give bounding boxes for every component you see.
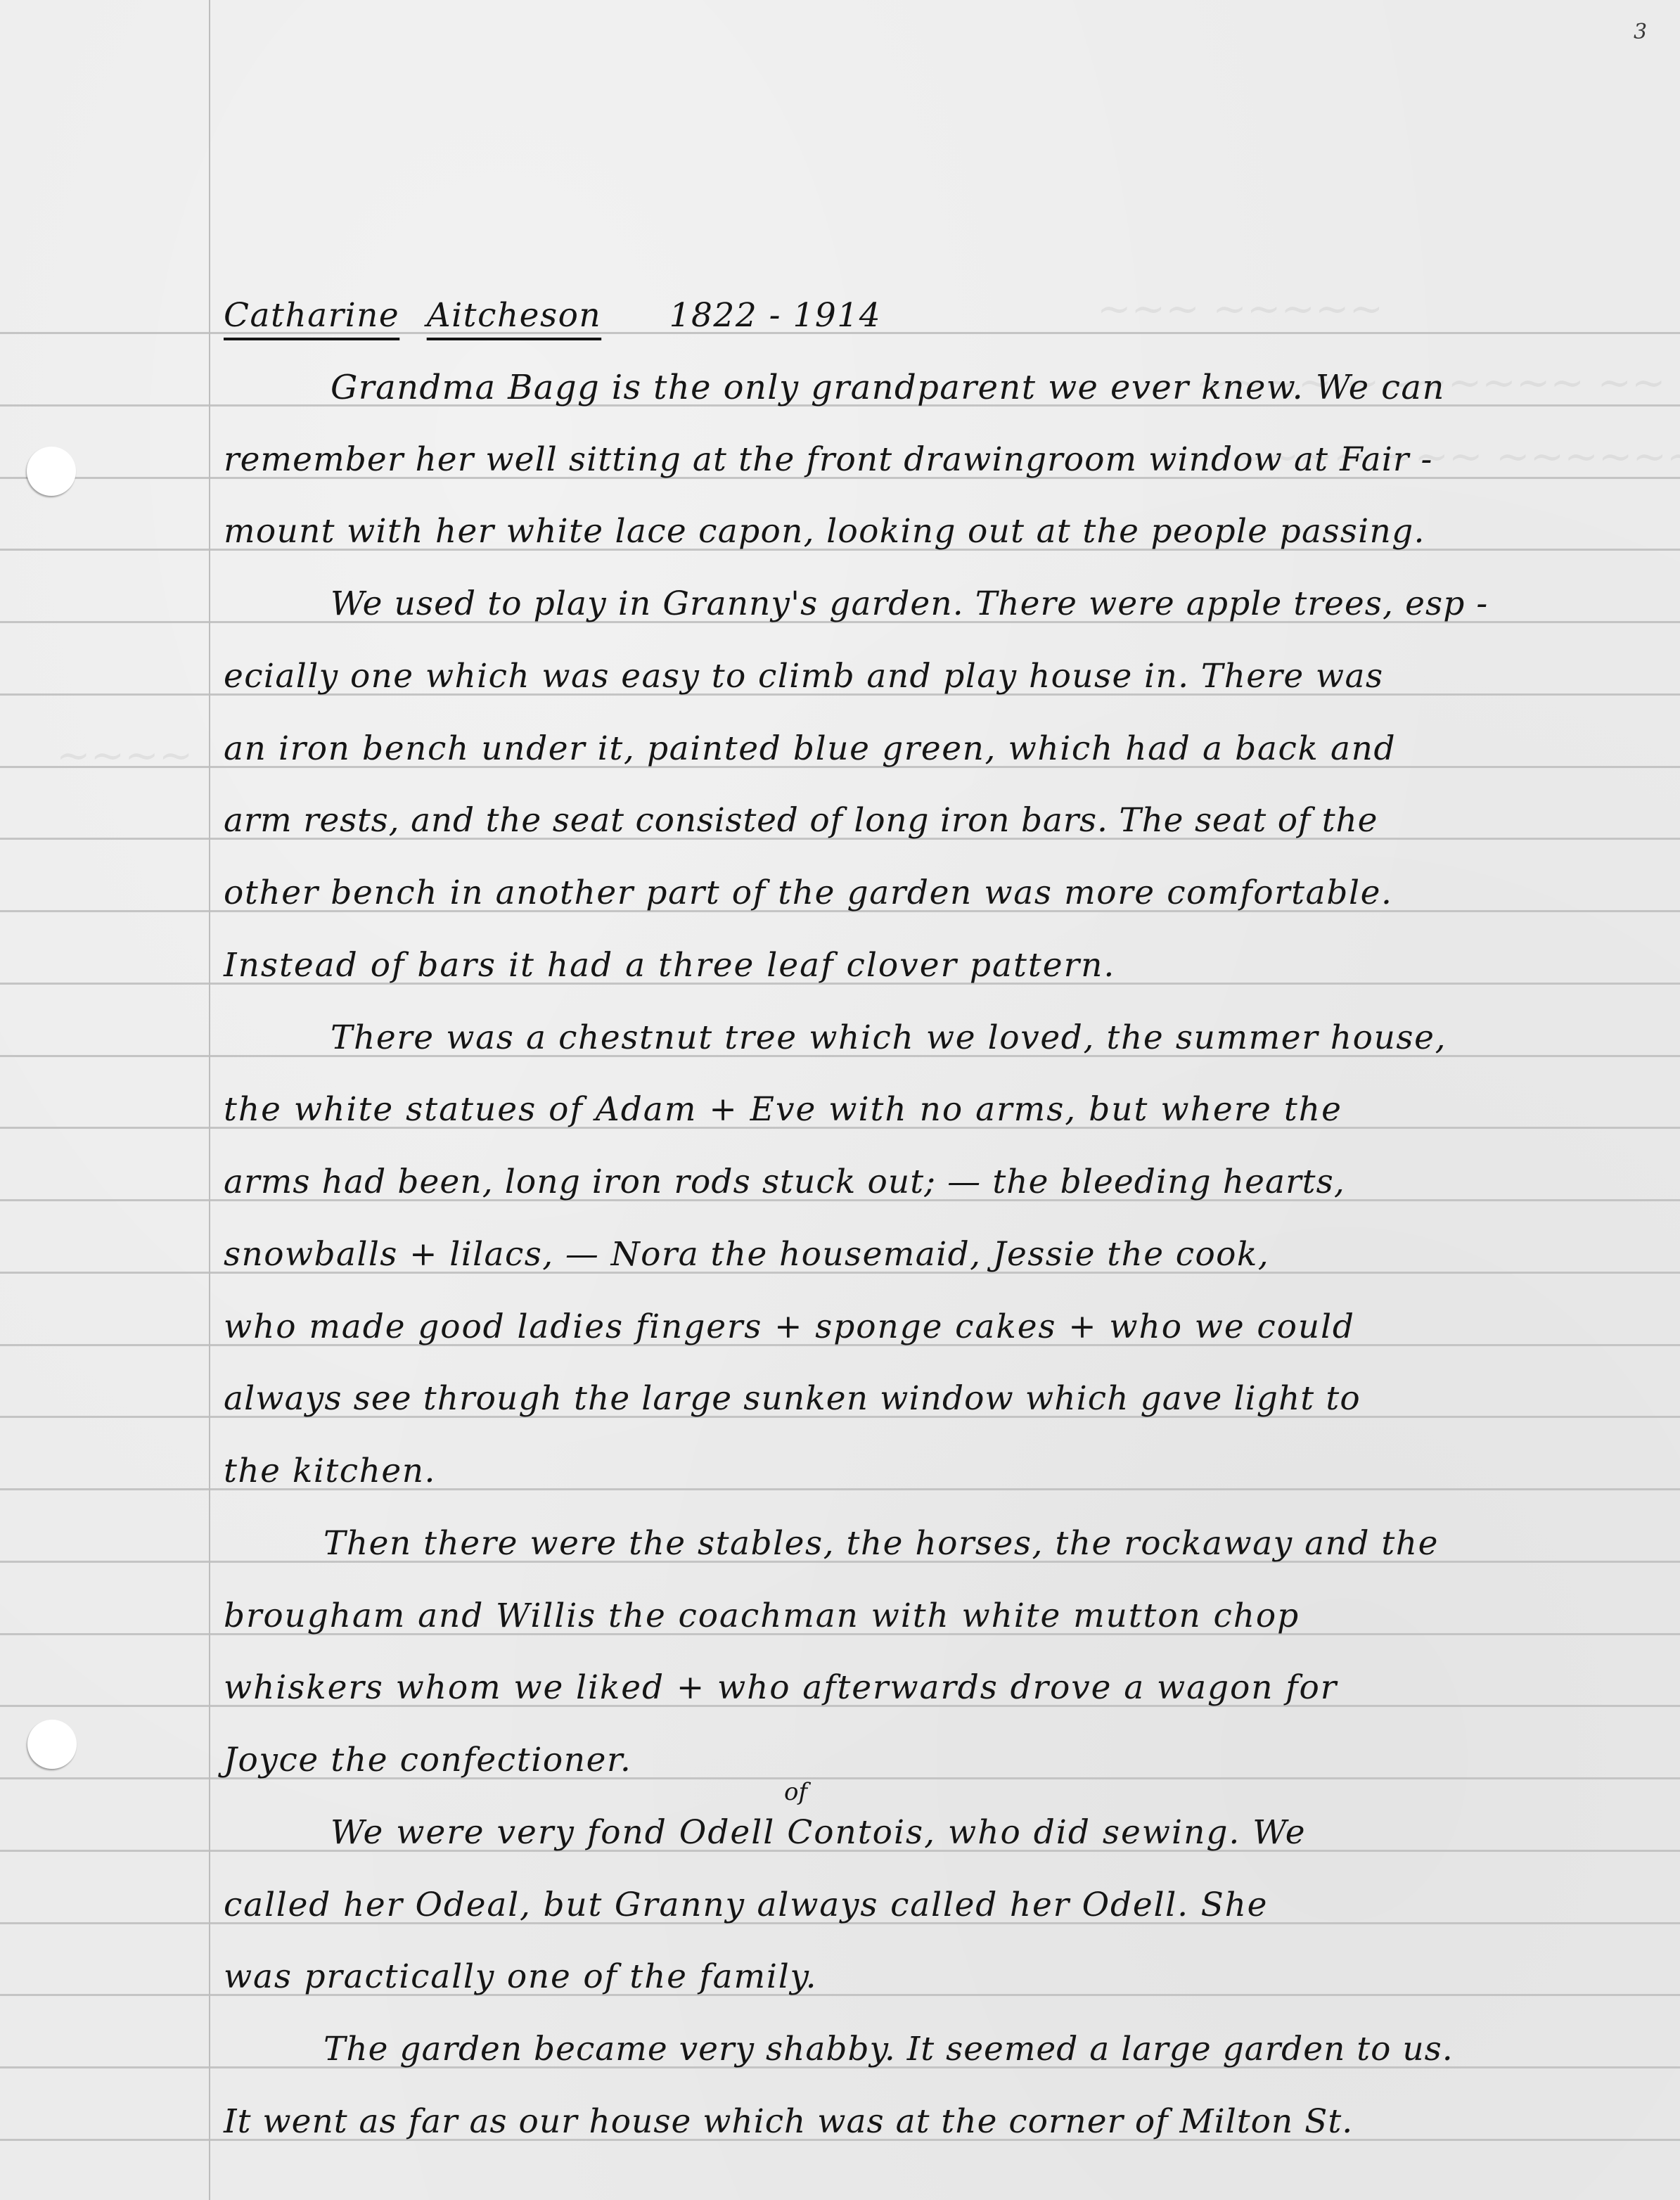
text-line: arm rests, and the seat consisted of lon… (224, 804, 1378, 837)
text-line: It went as far as our house which was at… (224, 2105, 1353, 2138)
punch-hole-bottom (27, 1720, 77, 1769)
punch-hole-top (27, 447, 76, 496)
text-line: always see through the large sunken wind… (224, 1382, 1361, 1415)
text-line: We used to play in Granny's garden. Ther… (331, 587, 1488, 620)
text-line: the white statues of Adam + Eve with no … (224, 1093, 1342, 1126)
text-line: other bench in another part of the garde… (224, 876, 1393, 909)
text-line: We were very fond Odell Contois, who did… (331, 1816, 1307, 1849)
page-number: 3 (1634, 20, 1647, 44)
text-line: Instead of bars it had a three leaf clov… (224, 949, 1115, 982)
inserted-word: of (784, 1778, 807, 1806)
heading: Catharine Aitcheson 1822 - 1914 (224, 299, 881, 332)
text-line: the kitchen. (224, 1454, 436, 1488)
text-line: was practically one of the family. (224, 1960, 817, 1993)
text-line: The garden became very shabby. It seemed… (323, 2033, 1454, 2066)
text-line: Then there were the stables, the horses,… (323, 1527, 1439, 1560)
text-line: called her Odeal, but Granny always call… (224, 1888, 1268, 1921)
text-line: Grandma Bagg is the only grandparent we … (331, 371, 1445, 404)
text-line: an iron bench under it, painted blue gre… (224, 732, 1396, 765)
text-line: brougham and Willis the coachman with wh… (224, 1599, 1300, 1632)
text-line: who made good ladies fingers + sponge ca… (224, 1310, 1355, 1343)
text-line: mount with her white lace capon, looking… (224, 515, 1425, 548)
text-line: ecially one which was easy to climb and … (224, 660, 1383, 693)
heading-last-name: Aitcheson (427, 296, 601, 335)
notebook-page: ~~~ ~~~~~ ~~~~ ~~~~~~~ ~~ ~~~~ ~~~~ ~~~ … (0, 0, 1680, 2200)
text-line: remember her well sitting at the front d… (224, 443, 1433, 476)
heading-first-name: Catharine (224, 296, 399, 335)
bleed-through-text: ~~~~ (56, 731, 193, 779)
text-line: whiskers whom we liked + who afterwards … (224, 1671, 1338, 1704)
bleed-through-text: ~~~ ~~~~~ (1097, 285, 1383, 333)
text-line: arms had been, long iron rods stuck out;… (224, 1165, 1345, 1198)
heading-dates: 1822 - 1914 (669, 296, 881, 335)
margin-line (209, 0, 210, 2200)
text-line: Joyce the confectioner. (224, 1744, 631, 1777)
text-line: snowballs + lilacs, — Nora the housemaid… (224, 1238, 1269, 1271)
text-line: There was a chestnut tree which we loved… (331, 1021, 1447, 1054)
